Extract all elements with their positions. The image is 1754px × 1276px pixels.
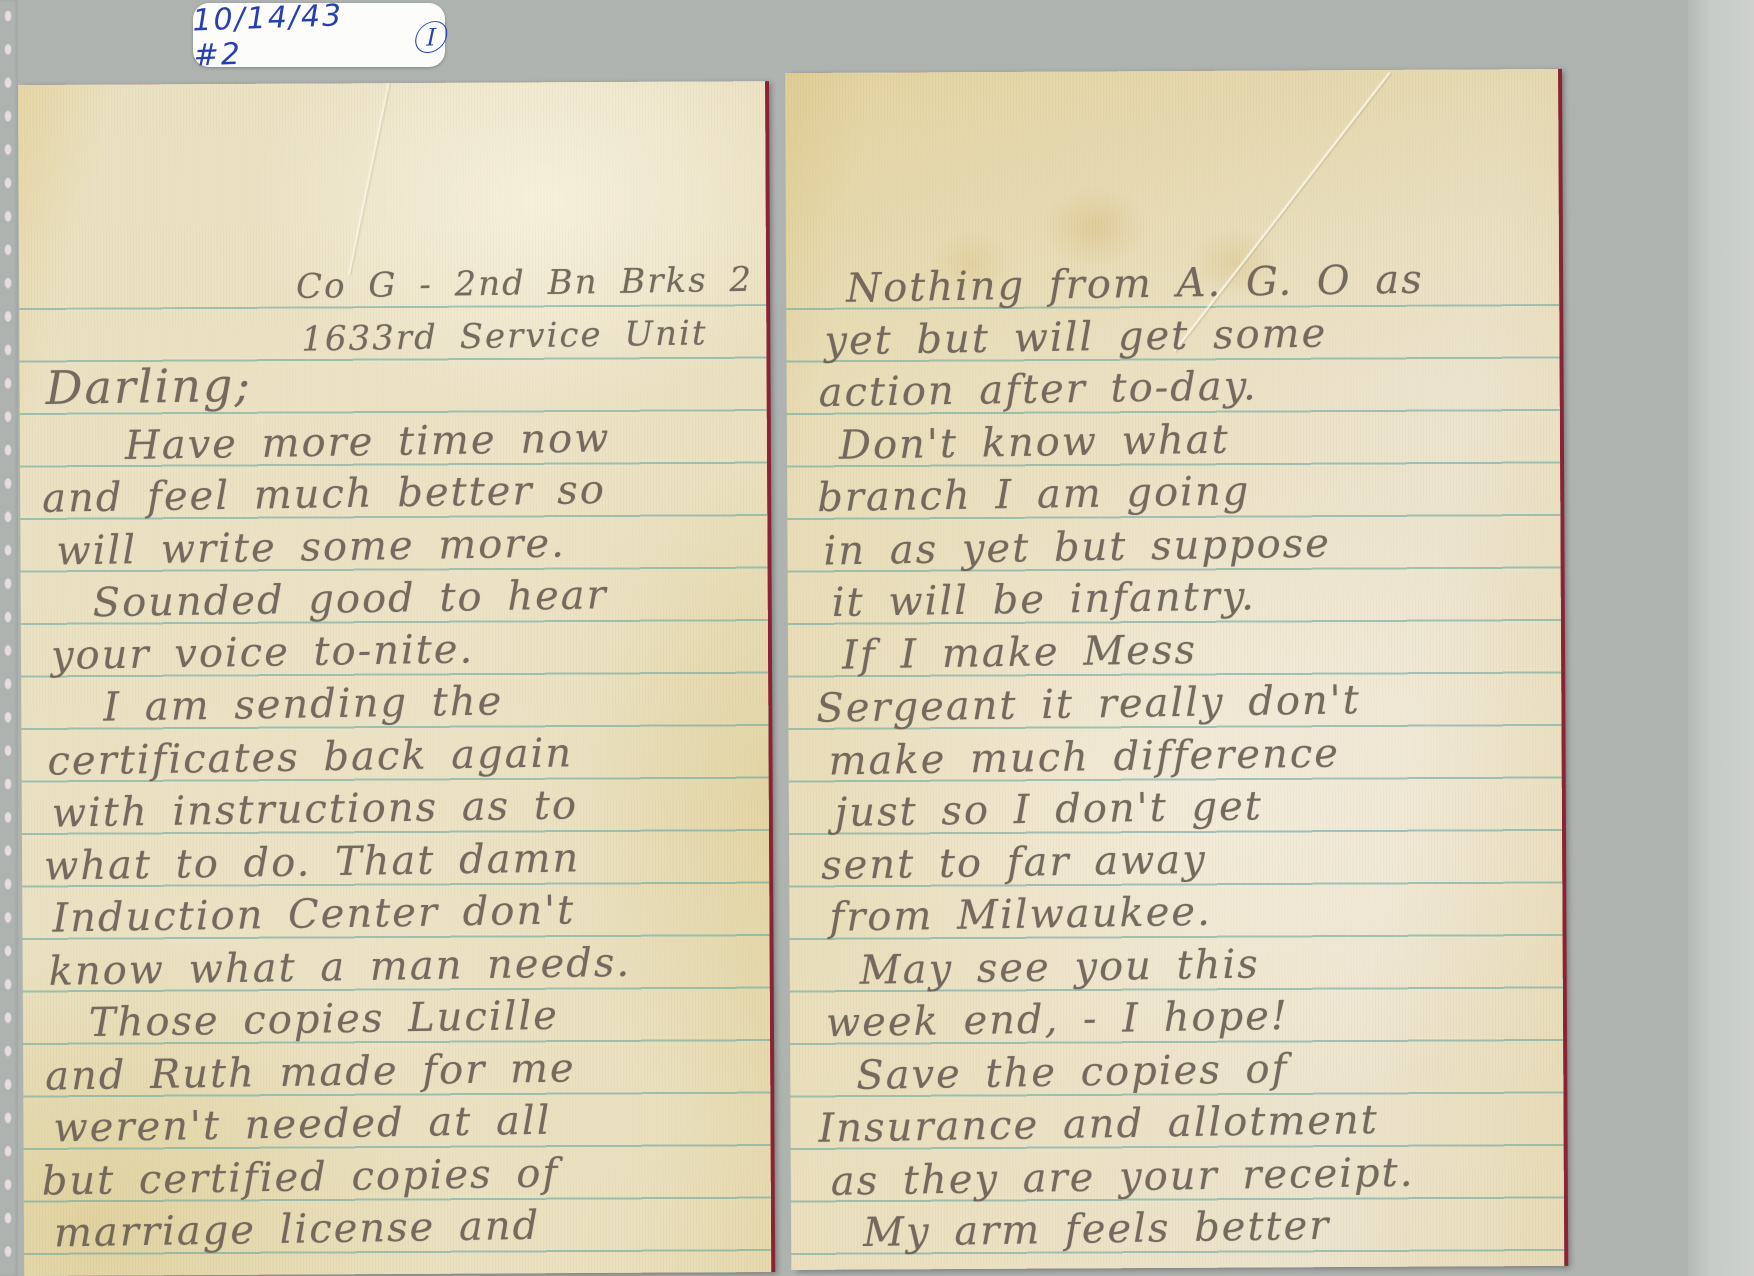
handwritten-line: May see you this — [859, 938, 1260, 996]
handwritten-line: Sergeant it really don't — [816, 674, 1361, 735]
handwritten-line: will write some more. — [56, 517, 566, 577]
handwritten-line: Nothing from A. G. O as — [846, 254, 1424, 315]
handwritten-line: Have more time now — [124, 412, 610, 472]
handwritten-line: know what a man needs. — [48, 937, 631, 998]
address-line: 1633rd Service Unit — [301, 307, 708, 365]
handwritten-line: what to do. That damn — [44, 832, 581, 892]
handwritten-line: certificates back again — [47, 727, 573, 787]
handwritten-line: branch I am going — [817, 465, 1251, 524]
sticker-date-label: 10/14/43 #2 — [192, 0, 394, 73]
handwritten-line: it will be infantry. — [831, 570, 1256, 629]
album-binder-strip — [0, 0, 18, 1276]
handwritten-line: and Ruth made for me — [45, 1042, 576, 1102]
handwritten-line: If I make Mess — [842, 624, 1198, 682]
handwritten-line: your voice to-nite. — [51, 623, 475, 682]
handwritten-line: Induction Center don't — [52, 884, 576, 944]
handwritten-line: but certified copies of — [41, 1147, 559, 1207]
scanned-letter: 10/14/43 #2 Ⓘ Co G - 2nd Bn Brks 2 1633r… — [0, 0, 1754, 1276]
letter-page-right: Nothing from A. G. O as yet but will get… — [785, 69, 1564, 1270]
handwritten-line: and feel much better so — [42, 464, 606, 525]
address-line: Co G - 2nd Bn Brks 2 — [296, 254, 754, 313]
handwritten-line: Insurance and allotment — [818, 1094, 1379, 1155]
handwritten-line: just so I don't get — [834, 780, 1263, 839]
handwritten-line: make much difference — [828, 727, 1340, 787]
handwritten-line: action after to-day. — [818, 360, 1258, 419]
handwritten-line: I am sending the — [103, 675, 504, 733]
handwritten-line: with instructions as to — [51, 779, 578, 839]
handwritten-line: My arm feels better — [863, 1200, 1331, 1259]
paper-crease — [347, 83, 393, 276]
handwritten-line: sent to far away — [821, 834, 1207, 892]
handwritten-line: weren't needed at all — [53, 1095, 552, 1155]
salutation: Darling; — [45, 359, 252, 414]
handwritten-line: Those copies Lucille — [89, 990, 560, 1049]
scanner-edge-band — [1688, 0, 1754, 1276]
handwritten-line: from Milwaukee. — [829, 886, 1212, 944]
date-sticker: 10/14/43 #2 Ⓘ — [193, 3, 445, 67]
sticker-circled-mark: Ⓘ — [410, 10, 446, 60]
handwritten-line: Save the copies of — [856, 1043, 1289, 1102]
handwritten-line: in as yet but suppose — [823, 517, 1331, 577]
handwritten-line: yet but will get some — [824, 308, 1328, 368]
handwritten-line: week end, - I hope! — [826, 990, 1290, 1049]
handwritten-line: as they are your receipt. — [830, 1147, 1414, 1208]
letter-page-left: Co G - 2nd Bn Brks 2 1633rd Service Unit… — [18, 81, 771, 1276]
handwritten-line: marriage license and — [54, 1200, 541, 1260]
handwritten-line: Don't know what — [839, 414, 1230, 472]
handwritten-line: Sounded good to hear — [92, 569, 608, 629]
